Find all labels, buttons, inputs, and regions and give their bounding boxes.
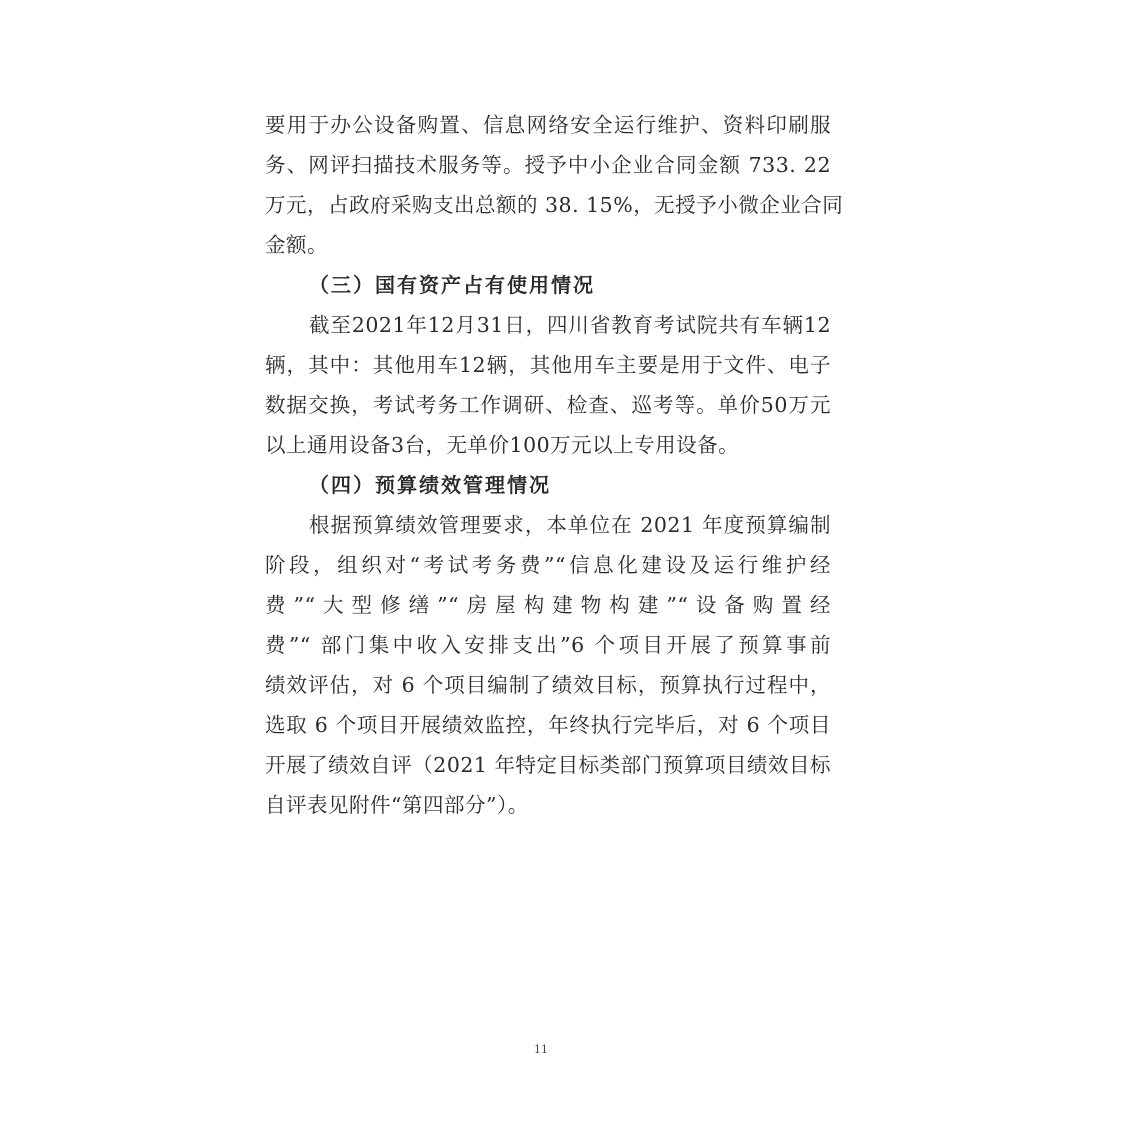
paragraph-line: 自评表见附件“第四部分”）。 bbox=[265, 785, 831, 825]
paragraph-line: 开展了绩效自评（2021 年特定目标类部门预算项目绩效目标 bbox=[265, 745, 831, 785]
document-page: 要用于办公设备购置、信息网络安全运行维护、资料印刷服 务、网评扫描技术服务等。授… bbox=[265, 105, 831, 825]
paragraph-line: 务、网评扫描技术服务等。授予中小企业合同金额 733. 22 bbox=[265, 145, 831, 185]
paragraph-line: 费”“大型修缮”“房屋构建物构建”“设备购置经 bbox=[265, 585, 831, 625]
paragraph-line: 绩效评估，对 6 个项目编制了绩效目标，预算执行过程中， bbox=[265, 665, 831, 705]
paragraph-line: 根据预算绩效管理要求，本单位在 2021 年度预算编制 bbox=[265, 505, 831, 545]
page-number: 11 bbox=[0, 1043, 1082, 1056]
paragraph-line: 金额。 bbox=[265, 225, 831, 265]
paragraph-line: 以上通用设备3台，无单价100万元以上专用设备。 bbox=[265, 425, 831, 465]
paragraph-line: 要用于办公设备购置、信息网络安全运行维护、资料印刷服 bbox=[265, 105, 831, 145]
paragraph-line: 选取 6 个项目开展绩效监控，年终执行完毕后，对 6 个项目 bbox=[265, 705, 831, 745]
paragraph-line: 数据交换，考试考务工作调研、检查、巡考等。单价50万元 bbox=[265, 385, 831, 425]
section-heading-performance: （四）预算绩效管理情况 bbox=[265, 465, 831, 505]
section-heading-assets: （三）国有资产占有使用情况 bbox=[265, 265, 831, 305]
paragraph-line: 万元，占政府采购支出总额的 38. 15%，无授予小微企业合同 bbox=[265, 185, 831, 225]
paragraph-line: 阶段，组织对“考试考务费”“信息化建设及运行维护经 bbox=[265, 545, 831, 585]
paragraph-line: 费”“ 部门集中收入安排支出”6 个项目开展了预算事前 bbox=[265, 625, 831, 665]
paragraph-line: 辆，其中：其他用车12辆，其他用车主要是用于文件、电子 bbox=[265, 345, 831, 385]
paragraph-line: 截至2021年12月31日，四川省教育考试院共有车辆12 bbox=[265, 305, 831, 345]
